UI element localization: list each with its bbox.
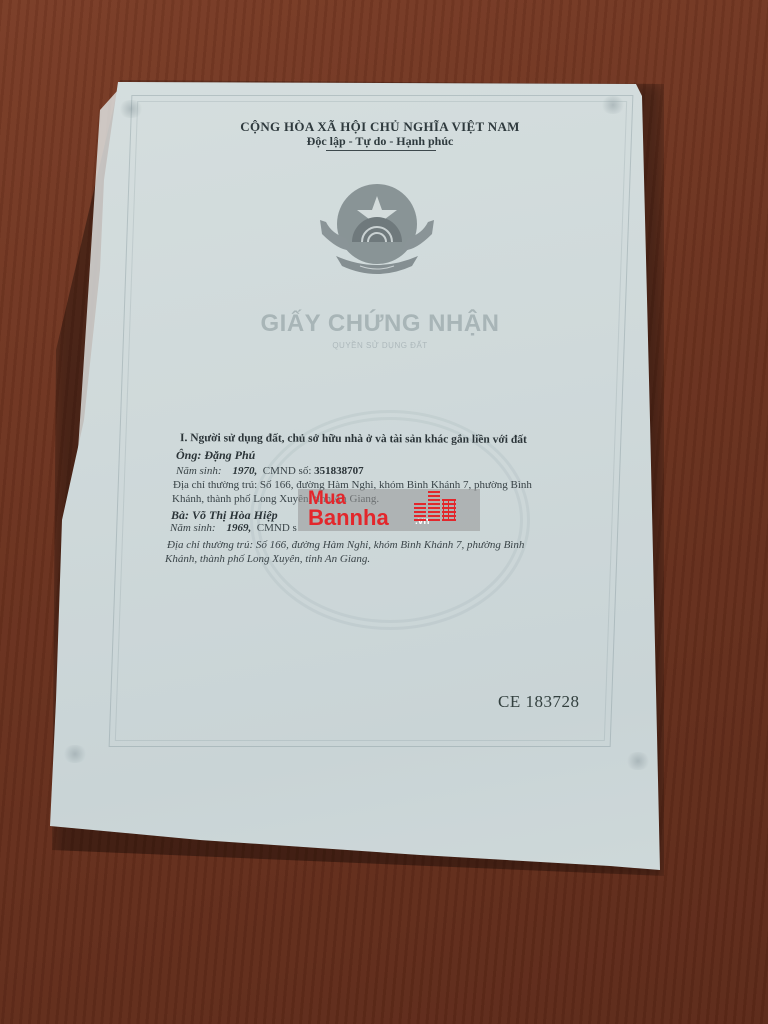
certificate-subtitle: QUYỀN SỬ DỤNG ĐẤT <box>300 341 460 350</box>
owner-2-address-line1: Địa chỉ thường trú: Số 166, đường Hàm Ng… <box>167 539 524 551</box>
owner-2-birth-id: Năm sinh: 1969, CMND s <box>170 522 297 534</box>
owner-2-address-line2: Khánh, thành phố Long Xuyên, tỉnh An Gia… <box>165 553 370 565</box>
national-emblem-icon <box>312 182 442 282</box>
section-heading: I. Người sử dụng đất, chủ sở hữu nhà ở v… <box>180 432 527 446</box>
motto-header: Độc lập - Tự do - Hạnh phúc <box>240 134 520 149</box>
serial-number: CE 183728 <box>498 692 579 712</box>
certificate-title: GIẤY CHỨNG NHẬN <box>240 310 520 338</box>
header-underline <box>326 150 436 151</box>
corner-ornament <box>118 100 144 118</box>
id-label: CMND số: <box>263 465 312 477</box>
watermark-logo: Mua Bannha .vn <box>298 489 480 531</box>
owner-1-birth-id: Năm sinh: 1970, CMND số: 351838707 <box>176 465 364 477</box>
buildings-icon <box>410 489 462 525</box>
owner-1-name: Ông: Đặng Phú <box>176 448 255 463</box>
corner-ornament <box>600 96 626 114</box>
birth-label: Năm sinh: <box>170 522 216 534</box>
birth-year: 1970, <box>233 465 258 477</box>
birth-year: 1969, <box>227 522 252 534</box>
country-header: CỘNG HÒA XÃ HỘI CHỦ NGHĨA VIỆT NAM <box>240 119 520 135</box>
birth-label: Năm sinh: <box>176 465 222 477</box>
corner-ornament <box>62 745 88 763</box>
id-label: CMND s <box>257 522 297 534</box>
corner-ornament <box>625 752 651 770</box>
logo-text-bannha: Bannha <box>308 507 389 529</box>
owner-2-name: Bà: Võ Thị Hòa Hiệp <box>171 508 278 523</box>
id-number: 351838707 <box>314 465 364 477</box>
